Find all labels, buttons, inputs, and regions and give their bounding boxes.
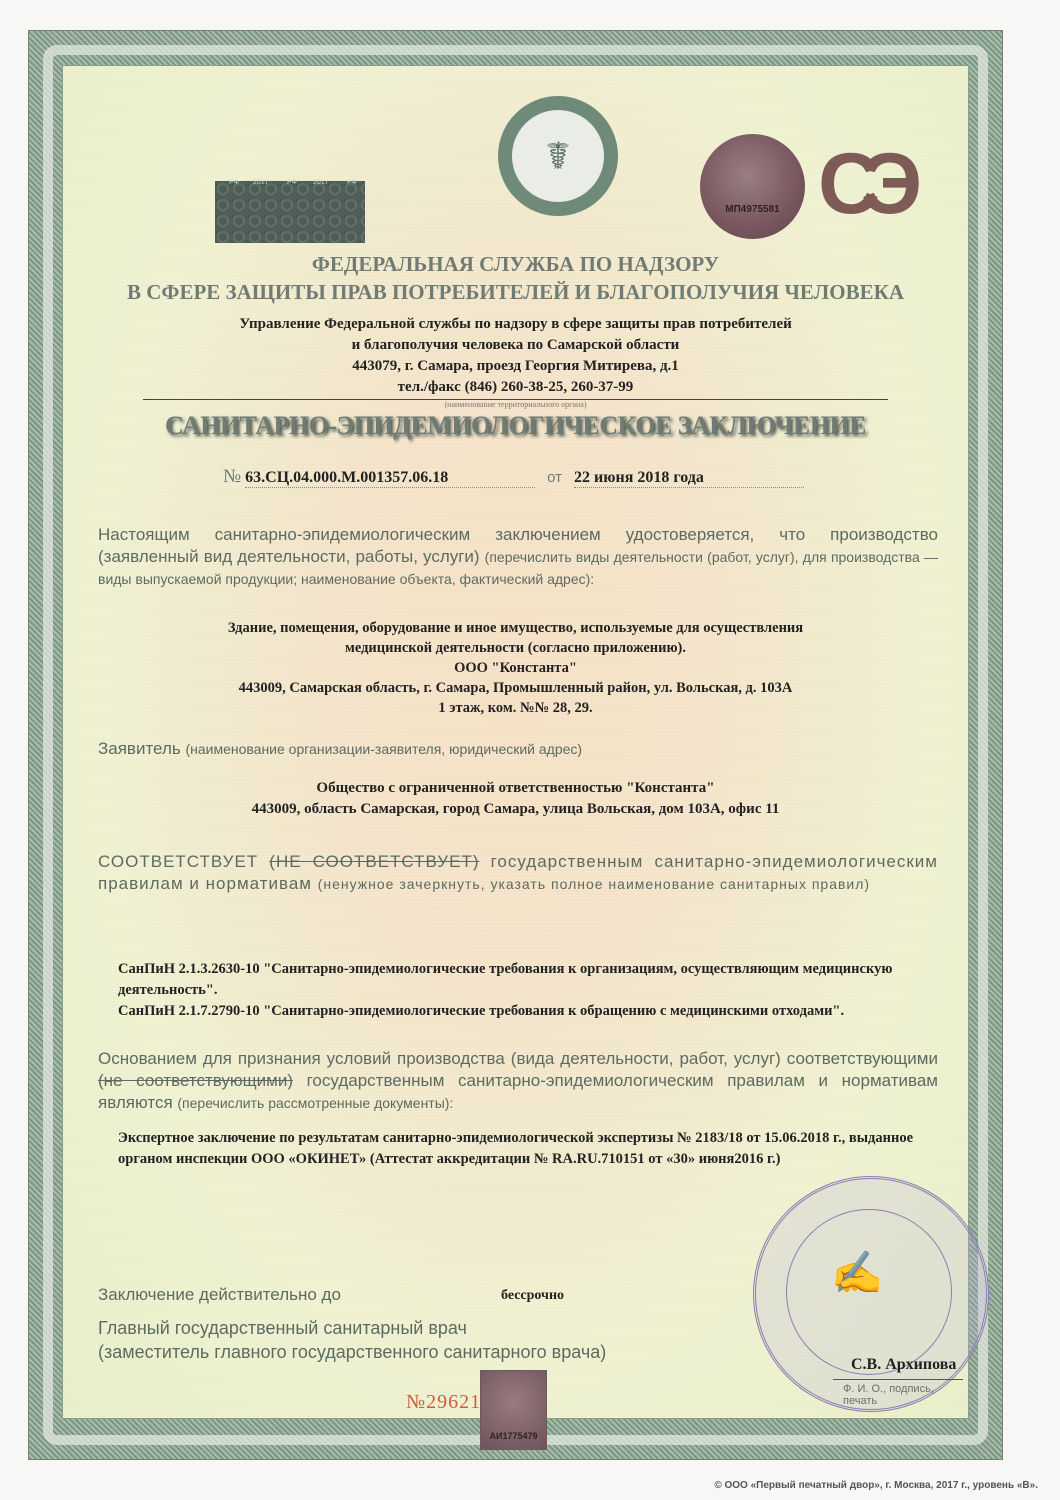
applicant-block: Общество с ограниченной ответственностью… — [63, 778, 968, 820]
role-line: (заместитель главного государственного с… — [98, 1340, 606, 1364]
hologram-sticker-top: МП4975581 — [700, 134, 805, 239]
sanitary-rules-list: СанПиН 2.1.3.2630-10 "Санитарно-эпидемио… — [118, 959, 938, 1022]
validity-label: Заключение действительно до — [98, 1285, 341, 1304]
document-number: 63.СЦ.04.000.М.001357.06.18 — [245, 469, 448, 486]
authority-block: Управление Федеральной службы по надзору… — [63, 314, 968, 398]
authority-line: 443079, г. Самара, проезд Георгия Митире… — [63, 356, 968, 377]
intro-paragraph: Настоящим санитарно-эпидемиологическим з… — [98, 524, 938, 590]
signature-caption: Ф. И. О., подпись, печать — [843, 1383, 968, 1407]
compliance-hint: (ненужное зачеркнуть, указать полное наи… — [318, 876, 870, 892]
object-rooms: 1 этаж, ком. №№ 28, 29. — [63, 698, 968, 718]
signatory-role: Главный государственный санитарный врач … — [98, 1316, 606, 1364]
basis-struck: (не соответствующими) — [98, 1071, 293, 1090]
object-line: медицинской деятельности (согласно прило… — [63, 638, 968, 658]
authority-line: и благополучия человека по Самарской обл… — [63, 335, 968, 356]
object-company: ООО "Константа" — [63, 658, 968, 678]
security-microstrip: РФ 2017 РФ 2017 РФ — [215, 181, 365, 243]
document-date: 22 июня 2018 года — [574, 469, 704, 486]
hologram-number: МП4975581 — [725, 204, 779, 215]
hologram-sticker-bottom: АИ1775479 — [480, 1370, 547, 1450]
double-headed-eagle-icon: ☤ — [512, 110, 604, 202]
rule-item: СанПиН 2.1.3.2630-10 "Санитарно-эпидемио… — [118, 959, 938, 1001]
microtext: РФ — [229, 179, 239, 186]
validity-value: бессрочно — [501, 1288, 564, 1304]
object-line: Здание, помещения, оборудование и иное и… — [63, 618, 968, 638]
basis-text-start: Основанием для признания условий произво… — [98, 1049, 938, 1068]
document-title: САНИТАРНО-ЭПИДЕМИОЛОГИЧЕСКОЕ ЗАКЛЮЧЕНИЕ — [63, 411, 968, 441]
hologram-number: АИ1775479 — [489, 1431, 537, 1441]
number-label: № — [223, 466, 241, 487]
object-block: Здание, помещения, оборудование и иное и… — [63, 618, 968, 718]
signature-rule — [833, 1379, 963, 1380]
agency-title-line1: ФЕДЕРАЛЬНАЯ СЛУЖБА ПО НАДЗОРУ — [63, 252, 968, 277]
basis-documents: Экспертное заключение по результатам сан… — [118, 1128, 938, 1170]
compliance-struck: (НЕ СООТВЕТСТВУЕТ) — [269, 852, 479, 871]
document-number-line: № 63.СЦ.04.000.М.001357.06.18 от 22 июня… — [223, 466, 804, 488]
authority-caption: (наименование территориального органа) — [63, 400, 968, 409]
rule-item: СанПиН 2.1.7.2790-10 "Санитарно-эпидемио… — [118, 1001, 938, 1022]
applicant-address: 443009, область Самарская, город Самара,… — [63, 799, 968, 820]
signature-icon: ✍ — [831, 1249, 883, 1298]
microtext: 2017 — [253, 179, 269, 186]
printer-copyright: © ООО «Первый печатный двор», г. Москва,… — [714, 1480, 1038, 1491]
applicant-name: Общество с ограниченной ответственностью… — [63, 778, 968, 799]
date-label: от — [547, 469, 562, 486]
authority-line: Управление Федеральной службы по надзору… — [63, 314, 968, 335]
se-logo-icon: СЭ — [818, 144, 918, 224]
basis-hint: (перечислить рассмотренные документы): — [177, 1095, 453, 1111]
role-line: Главный государственный санитарный врач — [98, 1316, 606, 1340]
agency-title-line2: В СФЕРЕ ЗАЩИТЫ ПРАВ ПОТРЕБИТЕЛЕЙ И БЛАГО… — [63, 280, 968, 305]
applicant-label-line: Заявитель (наименование организации-заяв… — [98, 738, 938, 760]
microtext: 2017 — [313, 179, 329, 186]
certificate-sheet: РФ 2017 РФ 2017 РФ ☤ МП4975581 СЭ ФЕДЕРА… — [62, 65, 969, 1419]
compliance-paragraph: СООТВЕТСТВУЕТ (НЕ СООТВЕТСТВУЕТ) государ… — [98, 851, 938, 895]
microtext: РФ — [287, 179, 297, 186]
applicant-label: Заявитель — [98, 739, 181, 758]
object-address: 443009, Самарская область, г. Самара, Пр… — [63, 678, 968, 698]
microtext: РФ — [347, 179, 357, 186]
authority-phone: тел./факс (846) 260-38-25, 260-37-99 — [63, 377, 968, 398]
validity-line: Заключение действительно до — [98, 1284, 341, 1306]
applicant-hint: (наименование организации-заявителя, юри… — [185, 741, 582, 757]
compliance-status: СООТВЕТСТВУЕТ — [98, 852, 258, 871]
rospotrebnadzor-emblem-icon: ☤ — [498, 96, 618, 216]
basis-paragraph: Основанием для признания условий произво… — [98, 1048, 938, 1114]
signatory-name: С.В. Архипова — [851, 1356, 956, 1374]
official-seal: ✍ — [753, 1176, 989, 1412]
